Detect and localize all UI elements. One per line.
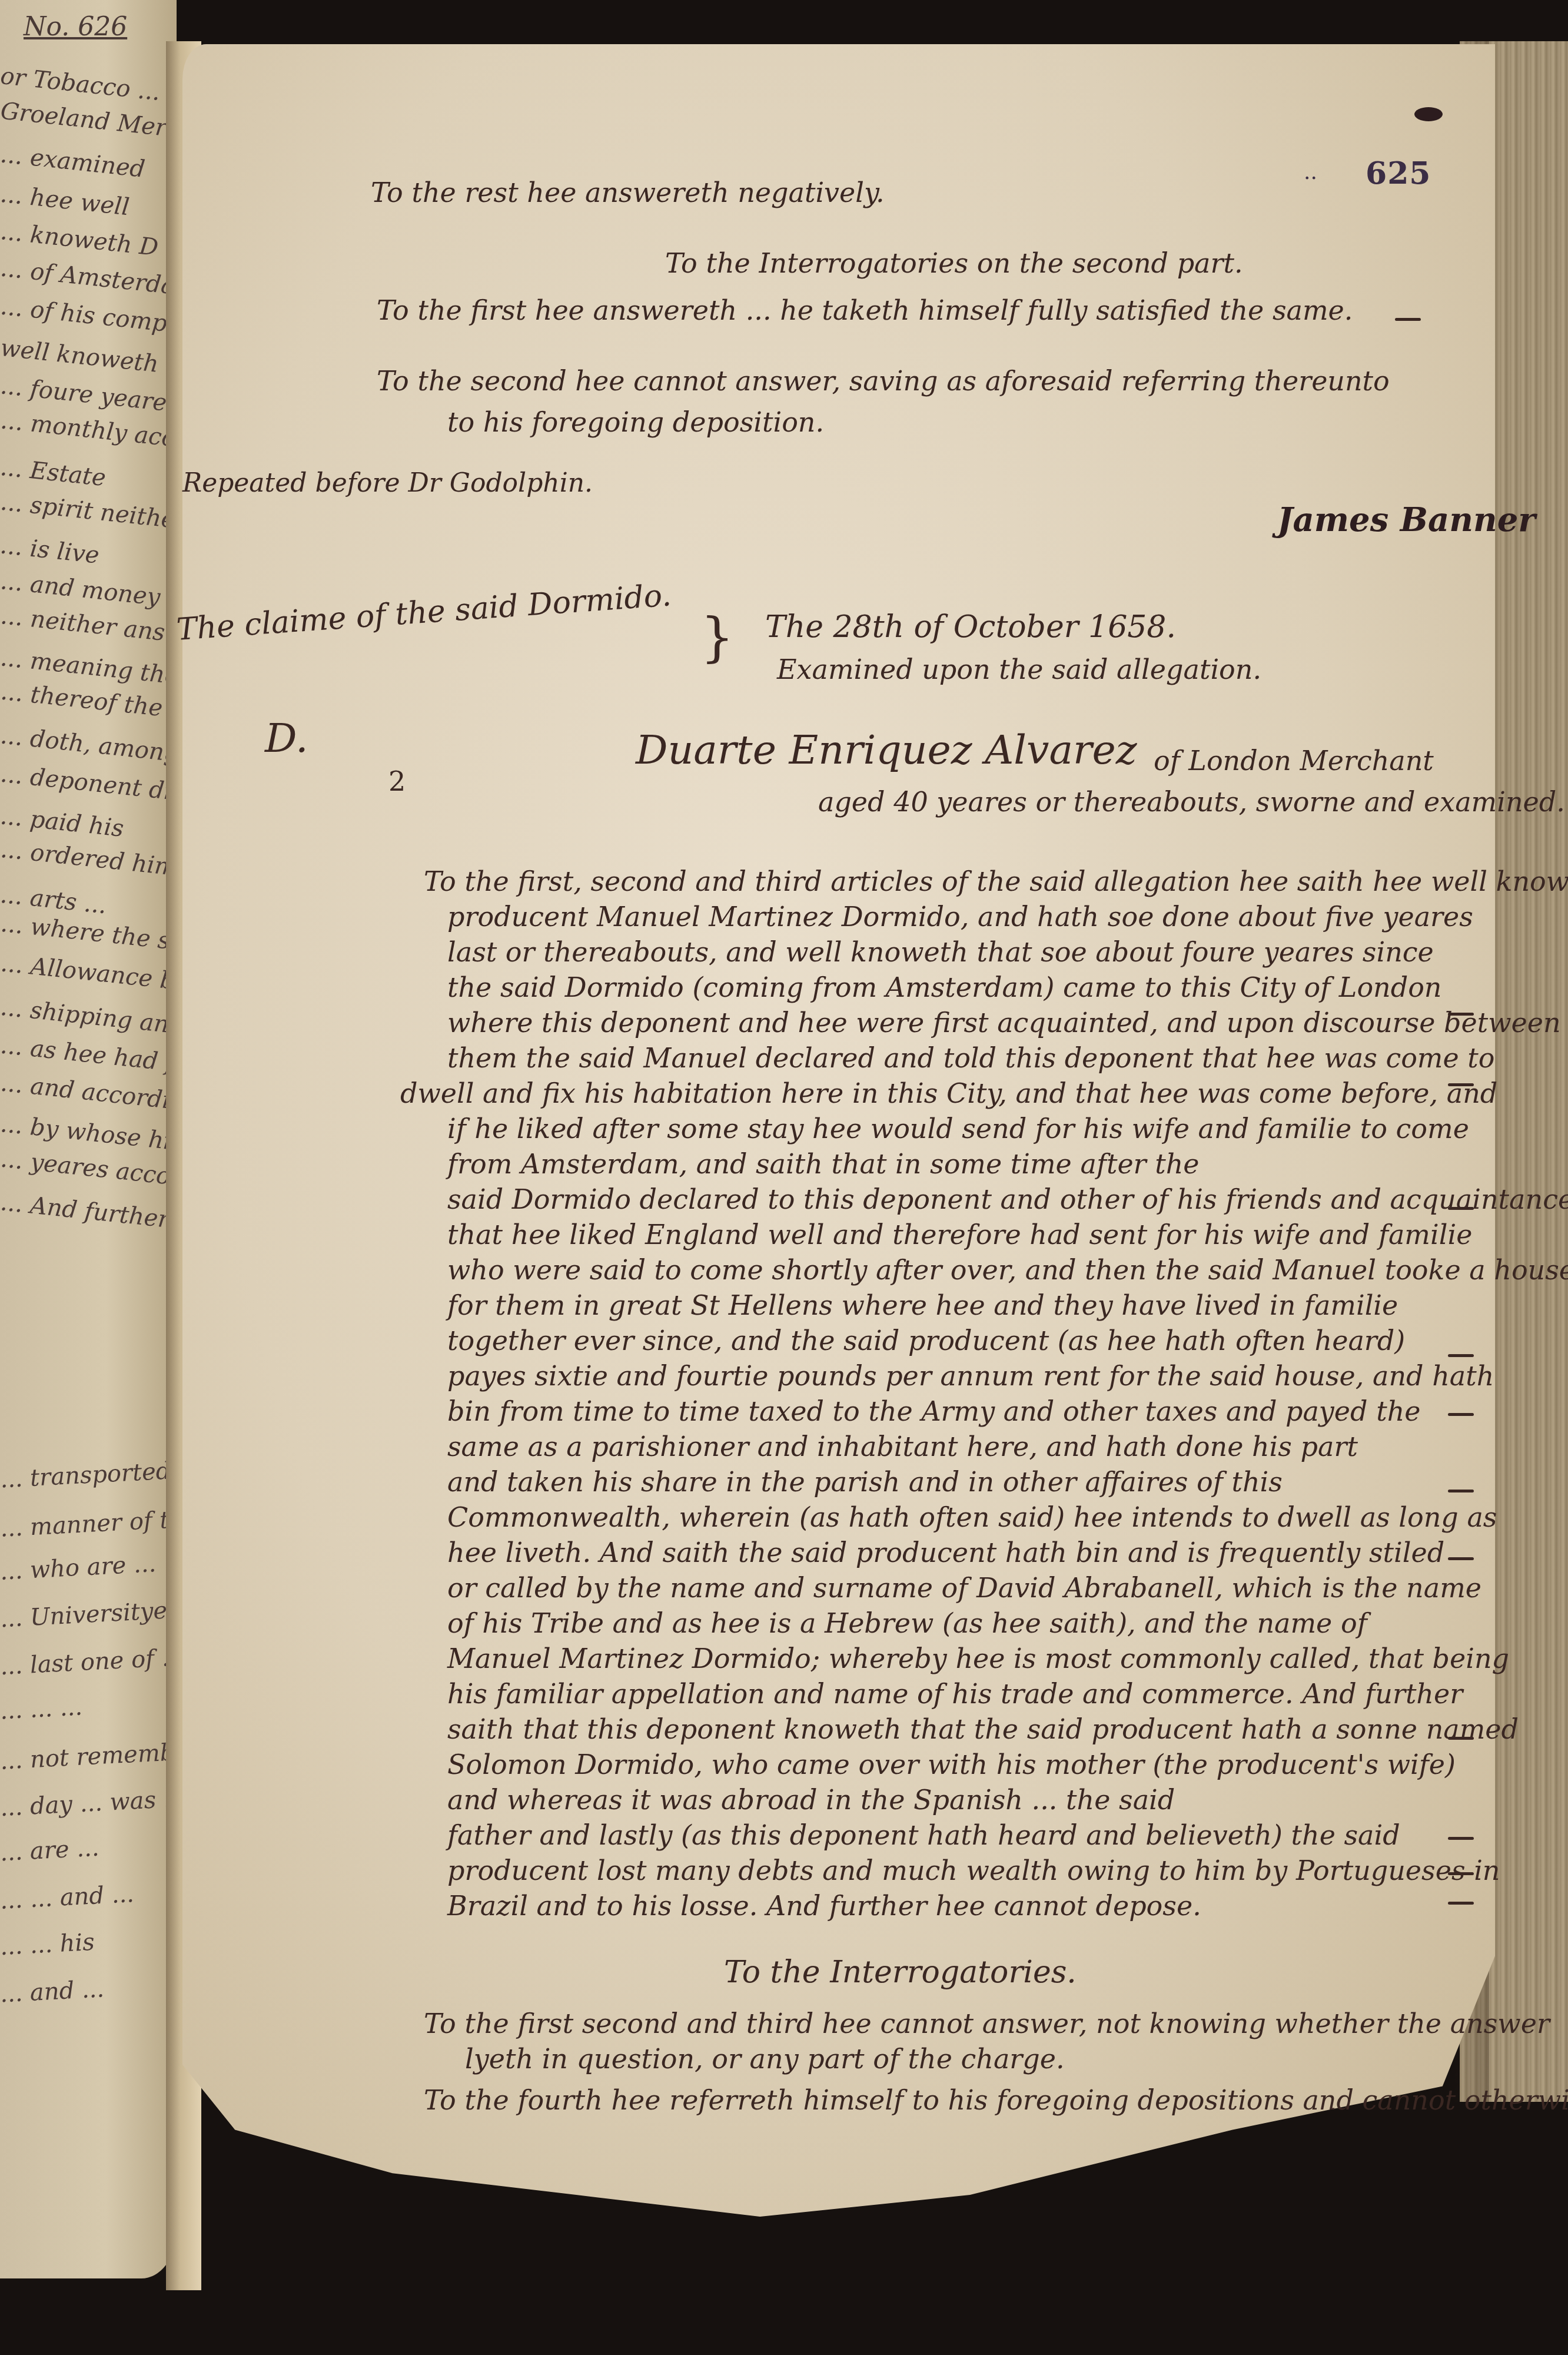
deposition-line: Solomon Dormido, who came over with his … — [447, 1749, 1456, 1780]
interrogatory-line-2: lyeth in question, or any part of the ch… — [465, 2043, 1065, 2075]
interrogatories-heading: To the Interrogatories. — [724, 1955, 1077, 1990]
deposition-line: producent lost many debts and much wealt… — [447, 1855, 1500, 1886]
line-filler-dash — [1448, 1837, 1474, 1840]
deposition-line: from Amsterdam, and saith that in some t… — [447, 1148, 1200, 1180]
deposition-line: and whereas it was abroad in the Spanish… — [447, 1784, 1175, 1816]
left-page-line: ... doth, among — [0, 722, 177, 768]
left-page-line: ... spirit neither — [0, 489, 177, 535]
left-page-line: ... is live — [0, 532, 101, 569]
line-filler-dash — [1448, 1872, 1474, 1875]
left-page-line: ... manner of the said ship — [0, 1499, 177, 1543]
deposition-line: of his Tribe and as hee is a Hebrew (as … — [447, 1607, 1367, 1639]
deposition-line: if he liked after some stay hee would se… — [447, 1113, 1469, 1145]
deposition-line: his familiar appellation and name of his… — [447, 1678, 1463, 1710]
deposition-line: that hee liked England well and therefor… — [447, 1219, 1472, 1251]
deposition-line: payes sixtie and fourtie pounds per annu… — [447, 1360, 1494, 1392]
deposition-line: together ever since, and the said produc… — [447, 1325, 1405, 1356]
prev-line-5: to his foregoing deposition. — [447, 406, 824, 438]
deposition-line: father and lastly (as this deponent hath… — [447, 1819, 1400, 1851]
left-page-line: ... deponent did — [0, 761, 177, 807]
deposition-line: Brazil and to his losse. And further hee… — [447, 1890, 1201, 1922]
witness-desc-2: aged 40 yeares or thereabouts, sworne an… — [818, 786, 1565, 818]
deposition-line: the said Dormido (coming from Amsterdam)… — [447, 971, 1442, 1003]
folio-prefix: .. — [1304, 160, 1317, 184]
line-filler-dash — [1448, 1490, 1474, 1492]
left-page-line: well knoweth — [0, 334, 160, 378]
left-page-line: ... and ... — [0, 1975, 105, 2008]
deposition-line: dwell and fix his habitation here in thi… — [400, 1077, 1497, 1109]
deposition-line: producent Manuel Martinez Dormido, and h… — [447, 901, 1473, 933]
witness-signature: James Banner — [1277, 500, 1536, 539]
left-page-line: ... And further — [0, 1189, 171, 1233]
marginal-letter: D. — [265, 715, 308, 762]
left-page-line: ... ... his — [0, 1929, 95, 1961]
date-line: The 28th of October 1658. — [765, 609, 1176, 645]
left-page-line: ... knoweth D — [0, 218, 160, 261]
deposition-line: and taken his share in the parish and in… — [447, 1466, 1283, 1498]
witness-name: Duarte Enriquez Alvarez — [636, 727, 1137, 774]
brace: } — [700, 606, 734, 668]
deposition-line: Commonwealth, wherein (as hath often sai… — [447, 1501, 1497, 1533]
prev-line-2: To the Interrogatories on the second par… — [665, 247, 1243, 279]
deposition-line: last or thereabouts, and well knoweth th… — [447, 936, 1434, 968]
left-page-line: ... ... ... — [0, 1693, 83, 1724]
prev-line-1: To the rest hee answereth negatively. — [371, 177, 885, 208]
deposition-line: for them in great St Hellens where hee a… — [447, 1289, 1398, 1321]
binding-hole — [1414, 107, 1443, 121]
examined-line: Examined upon the said allegation. — [777, 654, 1261, 685]
witness-number: 2 — [388, 765, 406, 797]
deposition-line: same as a parishioner and inhabitant her… — [447, 1431, 1358, 1462]
left-page-line: ... of his company — [0, 293, 177, 341]
prev-line-3: To the first hee answereth ... he taketh… — [377, 294, 1353, 326]
left-page-line: ... shipping and — [0, 994, 177, 1040]
folio-number: 625 — [1366, 155, 1431, 191]
left-page: No. 626 or Tobacco ...Groeland Merchant.… — [0, 0, 177, 2278]
line-filler-dash — [1448, 1013, 1474, 1016]
left-folio-number: No. 626 — [24, 12, 127, 42]
left-page-line: ... hee well — [0, 181, 131, 221]
deposition-line: said Dormido declared to this deponent a… — [447, 1183, 1568, 1215]
left-page-line: ... are ... — [0, 1835, 99, 1867]
left-page-line: ... Universitye — [0, 1597, 168, 1633]
deposition-line: hee liveth. And saith the said producent… — [447, 1537, 1444, 1568]
witness-desc-1: of London Merchant — [1154, 745, 1434, 777]
line-filler-dash — [1448, 1413, 1474, 1416]
left-page-line: ... examined — [0, 141, 146, 183]
line-filler-dash — [1448, 1207, 1474, 1210]
line-filler-dash — [1448, 1902, 1474, 1905]
line-filler-dash — [1448, 1737, 1474, 1740]
deposition-line: or called by the name and surname of Dav… — [447, 1572, 1481, 1604]
left-page-line: ... ... and ... — [0, 1880, 135, 1915]
deposition-line: who were said to come shortly after over… — [447, 1254, 1568, 1286]
line-filler-dash — [1448, 1083, 1474, 1086]
line-filler-dash — [1448, 1354, 1474, 1357]
left-page-line: ... transported upon — [0, 1454, 177, 1493]
deposition-line: them the said Manuel declared and told t… — [447, 1042, 1495, 1074]
deposition-line: bin from time to time taxed to the Army … — [447, 1395, 1420, 1427]
line-filler-dash — [1448, 1557, 1474, 1560]
left-page-line: ... last one of ... — [0, 1644, 177, 1680]
left-page-line: ... not remember — [0, 1737, 177, 1775]
deposition-line: saith that this deponent knoweth that th… — [447, 1713, 1519, 1745]
deposition-line: Manuel Martinez Dormido; whereby hee is … — [447, 1643, 1509, 1674]
line-filler-dash — [1395, 318, 1421, 321]
left-page-line: ... day ... was ... — [0, 1785, 177, 1822]
deposition-line: To the first, second and third articles … — [424, 865, 1568, 897]
interrogatory-line-1: To the first second and third hee cannot… — [424, 2008, 1550, 2039]
prev-line-4: To the second hee cannot answer, saving … — [377, 365, 1390, 397]
left-page-line: ... Estate — [0, 454, 107, 492]
interrogatory-line-3: To the fourth hee referreth himself to h… — [424, 2084, 1568, 2116]
left-page-line: ... paid his — [0, 802, 125, 843]
left-page-line: ... who are ... — [0, 1550, 157, 1586]
left-page-line: ... and accordingly — [0, 1069, 177, 1119]
margin-note-repeated: Repeated before Dr Godolphin. — [182, 468, 593, 498]
deposition-line: where this deponent and hee were first a… — [447, 1007, 1561, 1039]
left-page-line: ... ordered him into — [0, 836, 177, 887]
